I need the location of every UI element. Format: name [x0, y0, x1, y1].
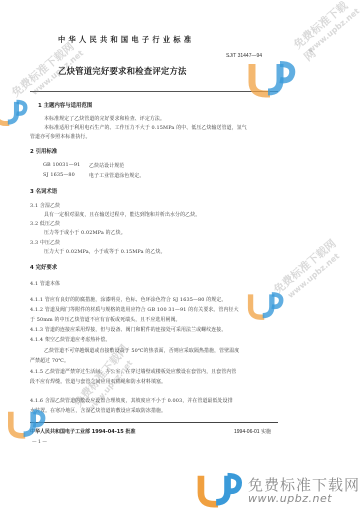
- reference-code: GB 10031—91: [43, 162, 80, 168]
- clause: 严禁超过 70℃。: [30, 357, 69, 364]
- paragraph: 本标准规定了乙炔管道的完好要求和检查、评定方法。: [44, 115, 165, 122]
- clause: 乙炔管道不可穿越烟道或直接敷设高于 50℃的热表面，否则应采取隔热措施，管壁温度: [44, 347, 239, 354]
- issuing-organization: 中华人民共和国电子行业标准: [58, 35, 194, 45]
- clause: 于 50mm 的中压乙炔管道不应有盲板或死端头，且不应选用闸阀。: [30, 316, 181, 323]
- brand-url: www.upbz.net: [248, 492, 332, 505]
- reference-name: 乙炔站设计规范: [89, 162, 124, 169]
- up-logo-icon: [6, 405, 46, 441]
- up-logo-icon: [0, 95, 28, 129]
- paragraph: 管道亦可参照本标准执行。: [30, 133, 91, 140]
- clause: 4.1.5 乙炔管道严禁穿过生活间、办公室，在穿过墙壁或楼板处应敷设在套管内，且…: [30, 368, 236, 375]
- term-heading: 3.3 中压乙炔: [30, 239, 60, 246]
- up-logo-icon: [246, 288, 284, 322]
- term-definition: 压力大于 0.02MPa，小于或等于 0.15MPa 的乙炔。: [44, 248, 166, 255]
- document-page: 中华人民共和国电子行业标准 SJ/T 31447—94 乙炔管道完好要求和检查评…: [0, 0, 360, 510]
- subsection-heading: 4.1 管道本体: [30, 280, 60, 287]
- reference-code: SJ 1635—80: [43, 172, 75, 178]
- term-definition: 压力等于或小于 0.02MPa 的乙炔。: [44, 229, 126, 236]
- term-heading: 3.2 低压乙炔: [30, 220, 60, 227]
- clause: 4.1.2 管道及阀门等附件的材质与规格的选用应符合 GB 100 31—91 …: [30, 306, 239, 313]
- section-heading-1: 1 主题内容与适用范围: [38, 101, 92, 109]
- clause: 4.1.3 管道的连接应采用焊接，但与设备、阀门和附件的连接处可采用法兰或螺纹连…: [30, 326, 226, 333]
- reference-name: 电子工业管道涂色规定。: [89, 172, 144, 179]
- clause: 4.1.1 管应有良好的防腐措施，涂漆明亮，色标、色环涂色符合 SJ 1635—…: [30, 296, 226, 303]
- term-heading: 3.1 含湿乙炔: [30, 202, 60, 209]
- footer-divider: [30, 422, 278, 423]
- document-title: 乙炔管道完好要求和检查评定方法: [58, 65, 187, 77]
- section-heading-3: 3 名词术语: [30, 187, 57, 195]
- section-heading-2: 2 引用标准: [30, 147, 57, 155]
- section-heading-4: 4 完好要求: [30, 263, 57, 271]
- header-divider: [30, 91, 278, 92]
- paragraph: 本标准适用于利用电石生产的、工作压力不大于 0.15MPa 的中、低压乙炔输送管…: [44, 124, 247, 131]
- implementation-date: 1994-06-01 实施: [234, 428, 271, 435]
- clause: 4.1.4 架空乙炔管道应考虑热补偿。: [30, 336, 110, 343]
- up-logo-icon: [246, 58, 296, 98]
- clause: 4.1.6 含湿乙炔管道的敷设应设置合理坡度，其坡度应不小于 0.003，并在管…: [30, 397, 233, 404]
- term-definition: 具有一定相对湿度，且在输送过程中，能达到饱和并析出水分的乙炔。: [44, 211, 200, 218]
- up-brand-logo-icon: [192, 470, 246, 508]
- clause: 水装置。在寒冷地区，含湿乙炔管道的敷设应采取防冻措施。: [30, 407, 166, 414]
